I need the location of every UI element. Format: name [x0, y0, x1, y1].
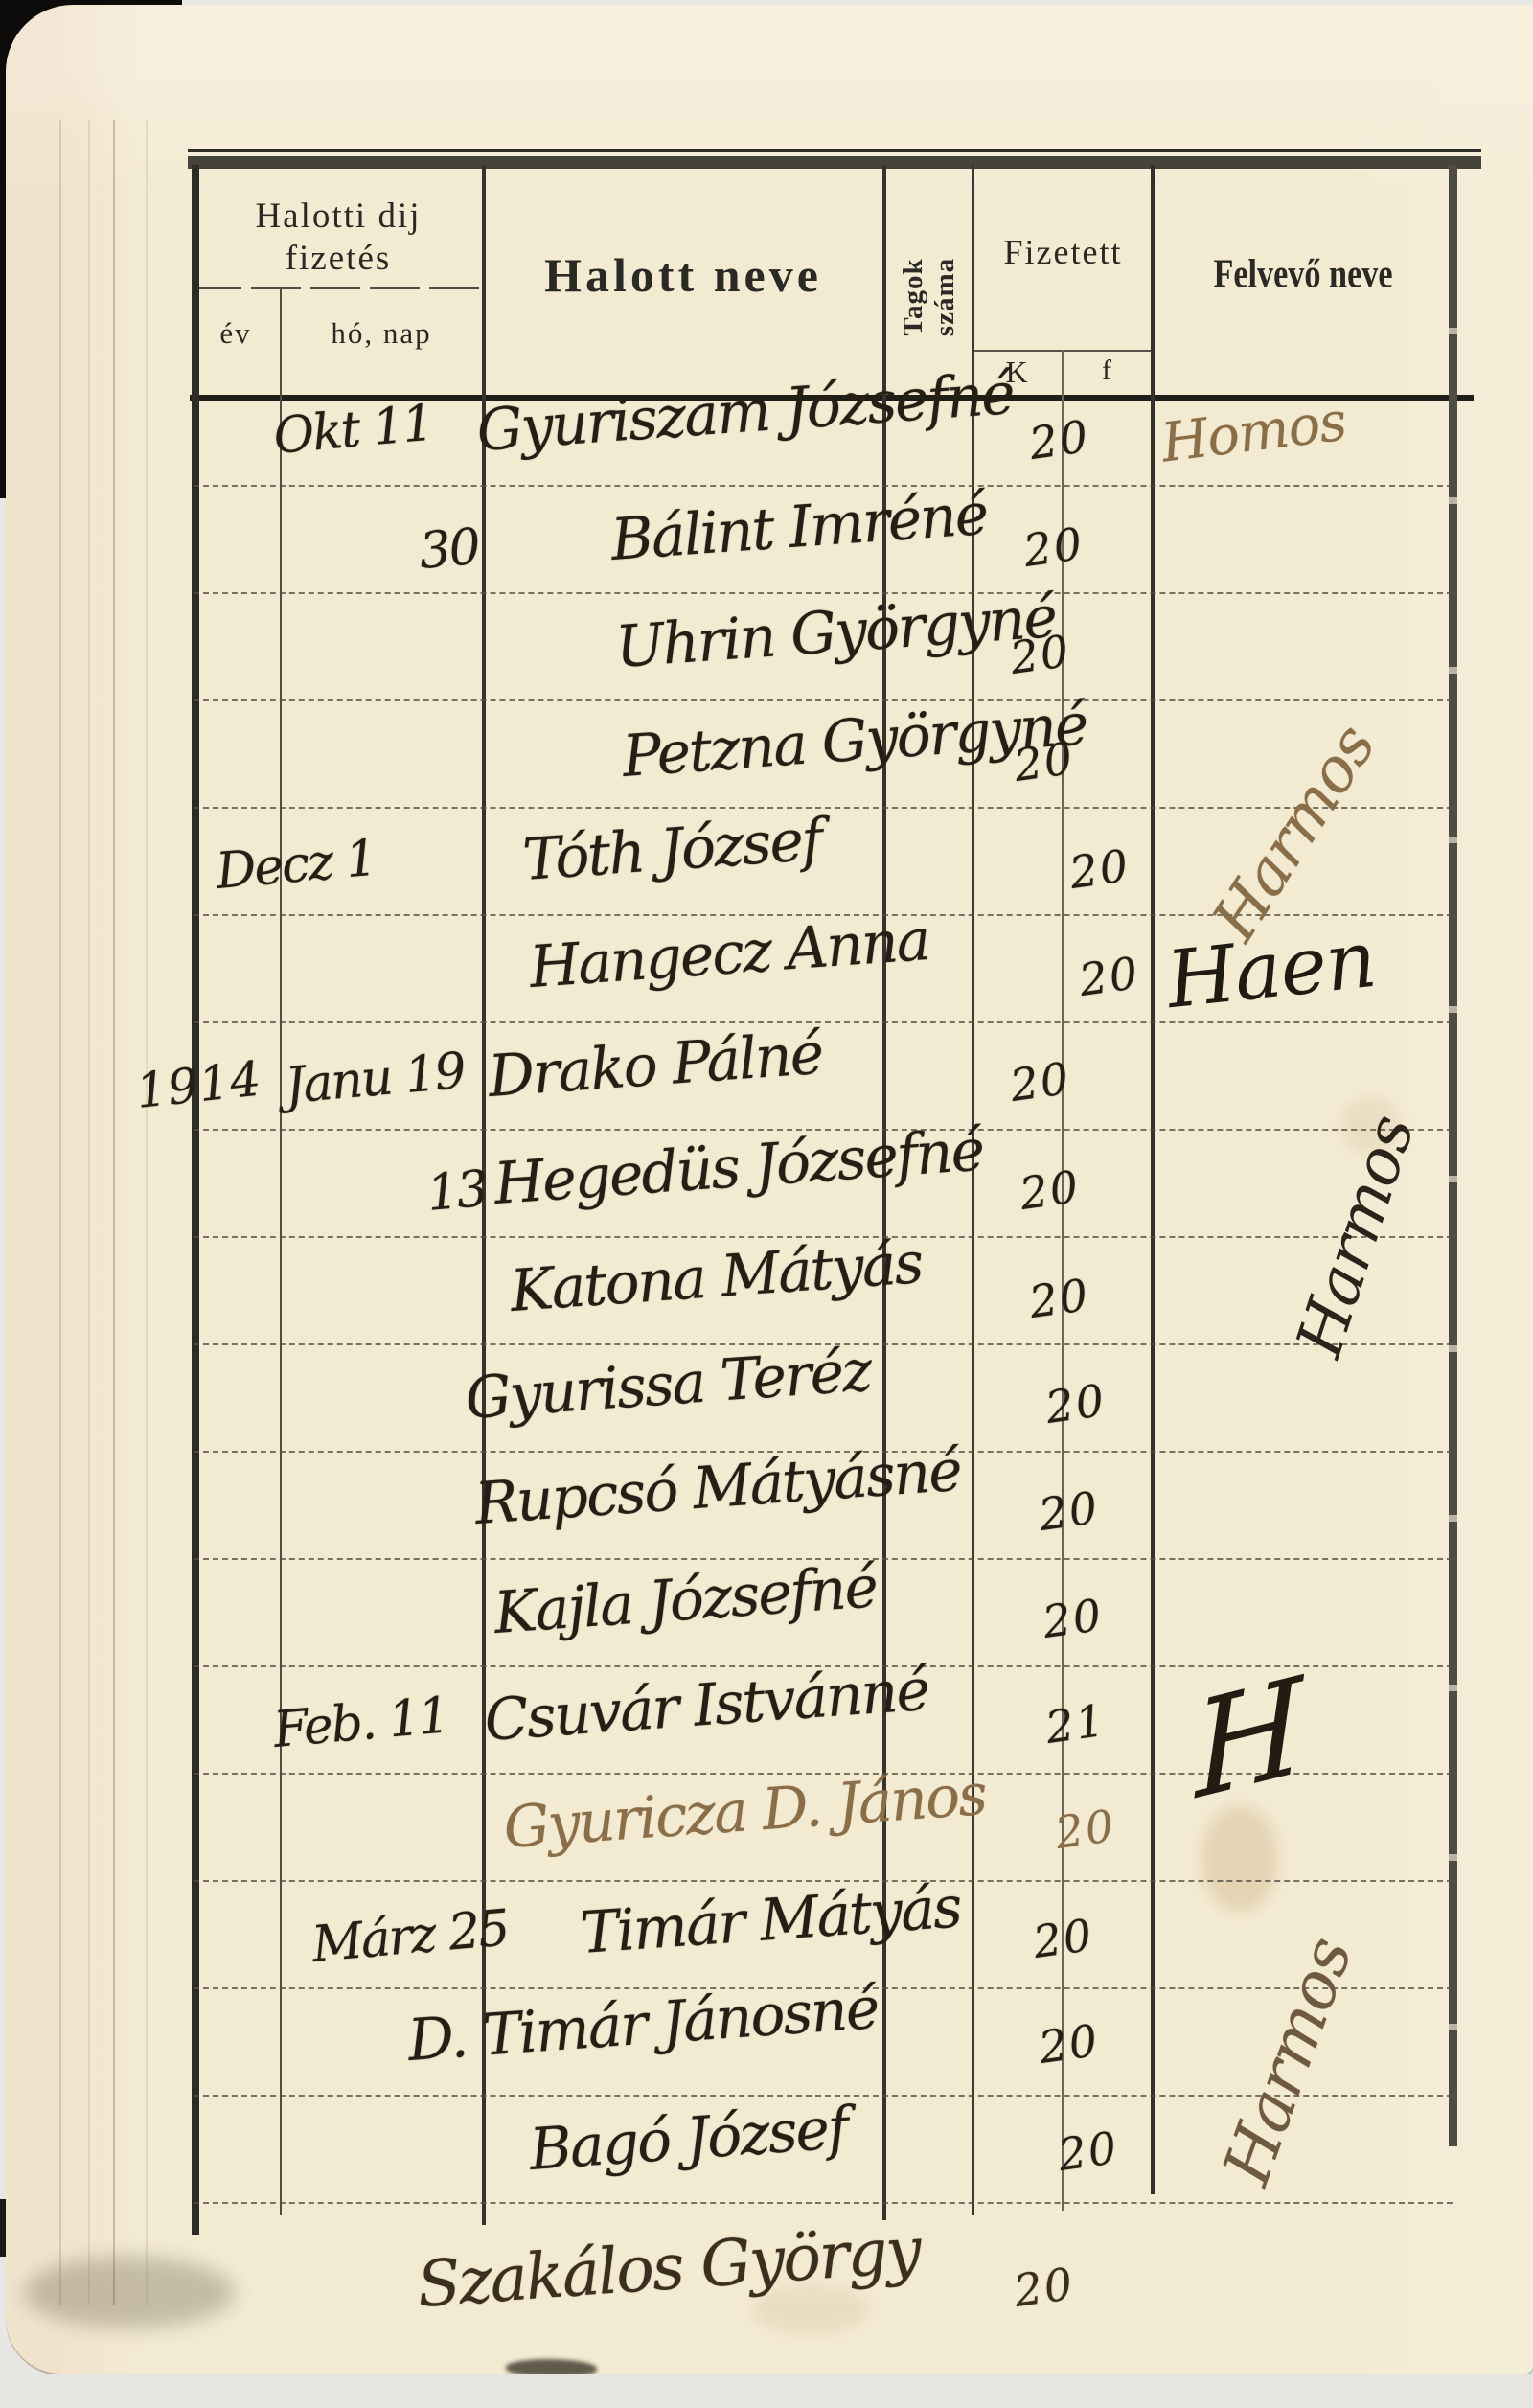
entry-name: Rupcsó Mátyásné	[473, 1442, 963, 1533]
gutter-line	[113, 120, 115, 2305]
table-left-border	[192, 165, 199, 2235]
entry-amount: 20	[1053, 1803, 1118, 1855]
column-line-paid-recorder	[1151, 165, 1155, 2194]
entry-name: Katona Mátyás	[509, 1234, 924, 1320]
entry-date: Decz 1	[214, 834, 378, 897]
fold-line	[88, 120, 90, 2305]
entry-name: Hegedüs Józsefné	[492, 1121, 985, 1213]
entry-name: Timár Mátyás	[579, 1878, 963, 1962]
fold-line	[146, 120, 148, 2305]
entry-amount: 20	[1041, 1593, 1106, 1644]
row-rule	[194, 592, 1453, 594]
scanned-ledger-page: Halotti dij fizetés év hó, nap Halott ne…	[0, 0, 1533, 2408]
fee-subheader-line	[192, 287, 484, 289]
entry-amount: 20	[1067, 843, 1133, 895]
entry-name: Bálint Imréné	[609, 486, 989, 569]
members-column-title: Tagok száma	[898, 220, 961, 374]
scanner-background-strip	[0, 2374, 1533, 2408]
entry-amount: 20	[1031, 1913, 1096, 1964]
recorder-signature: Haen	[1163, 921, 1379, 1021]
entry-name: Bagó József	[528, 2099, 849, 2179]
entry-date: 30	[417, 522, 480, 577]
entry-date: Márz 25	[309, 1903, 510, 1970]
entry-date: Feb. 11	[271, 1690, 449, 1755]
column-line-year-day	[280, 287, 282, 2215]
row-rule	[194, 699, 1453, 701]
entry-name: Tóth József	[521, 811, 823, 889]
entry-name: Drako Pálné	[487, 1025, 824, 1106]
table-right-border	[1449, 165, 1457, 2146]
entry-date: 13	[424, 1164, 488, 1219]
row-rule	[194, 485, 1453, 487]
table-top-thin-line	[188, 149, 1481, 152]
entry-amount: 20	[1056, 2125, 1121, 2177]
entry-name: Uhrin Györgyné	[614, 588, 1058, 677]
entry-name: D. Timár Jánosné	[406, 1980, 880, 2070]
entry-name: Csuvár Istvánné	[483, 1662, 930, 1750]
table-top-thick-line	[188, 156, 1481, 169]
recorder-signature: Harmos	[1177, 1824, 1402, 2297]
recorder-signature: H	[1192, 1659, 1305, 1818]
entry-year: 1914	[134, 1055, 264, 1115]
recorder-column-title: Felvevő neve	[1170, 250, 1437, 297]
entry-amount: 20	[1077, 951, 1142, 1002]
entry-amount: 21	[1043, 1698, 1109, 1750]
entry-date: Janu 19	[283, 1046, 466, 1112]
entry-amount: 20	[1037, 1485, 1102, 1537]
paid-column-title: Fizetett	[973, 232, 1153, 272]
day-column-label: hó, nap	[281, 316, 482, 351]
entry-name: Kajla Józsefné	[492, 1558, 879, 1642]
entry-name: Gyuriszam Józsefné	[475, 365, 1016, 460]
recorder-signature: Homos	[1158, 395, 1348, 470]
row-rule	[194, 1021, 1453, 1023]
below-entry-amount: 20	[1012, 2261, 1077, 2313]
deceased-name-column-title: Halott neve	[484, 247, 882, 303]
entry-amount: 20	[1027, 1273, 1092, 1324]
entry-name: Gyurissa Teréz	[464, 1342, 873, 1428]
row-rule	[194, 1880, 1453, 1882]
smudge-mark	[24, 2257, 235, 2328]
entry-amount: 20	[1021, 521, 1087, 573]
entry-name: Hangecz Anna	[528, 911, 930, 997]
fee-table: Halotti dij fizetés év hó, nap Halott ne…	[192, 165, 1462, 2235]
recorder-signature: Harmos	[1203, 571, 1479, 950]
entry-amount: 20	[1012, 736, 1077, 788]
entry-amount: 20	[1043, 1378, 1109, 1430]
fold-line	[59, 120, 61, 2305]
entry-date: Okt 11	[271, 399, 434, 462]
entry-amount: 20	[1008, 1056, 1073, 1108]
entry-amount: 20	[1037, 2018, 1102, 2070]
row-rule	[194, 807, 1453, 809]
entry-name: Gyuricza D. János	[502, 1766, 988, 1857]
filler-label: f	[1064, 355, 1152, 387]
year-column-label: év	[192, 316, 280, 351]
entry-amount: 20	[1018, 1164, 1083, 1216]
fee-column-title: Halotti dij fizetés	[203, 195, 473, 281]
entry-amount: 20	[1027, 414, 1092, 466]
column-line-members-paid	[972, 165, 974, 2215]
entry-amount: 20	[1008, 629, 1073, 680]
